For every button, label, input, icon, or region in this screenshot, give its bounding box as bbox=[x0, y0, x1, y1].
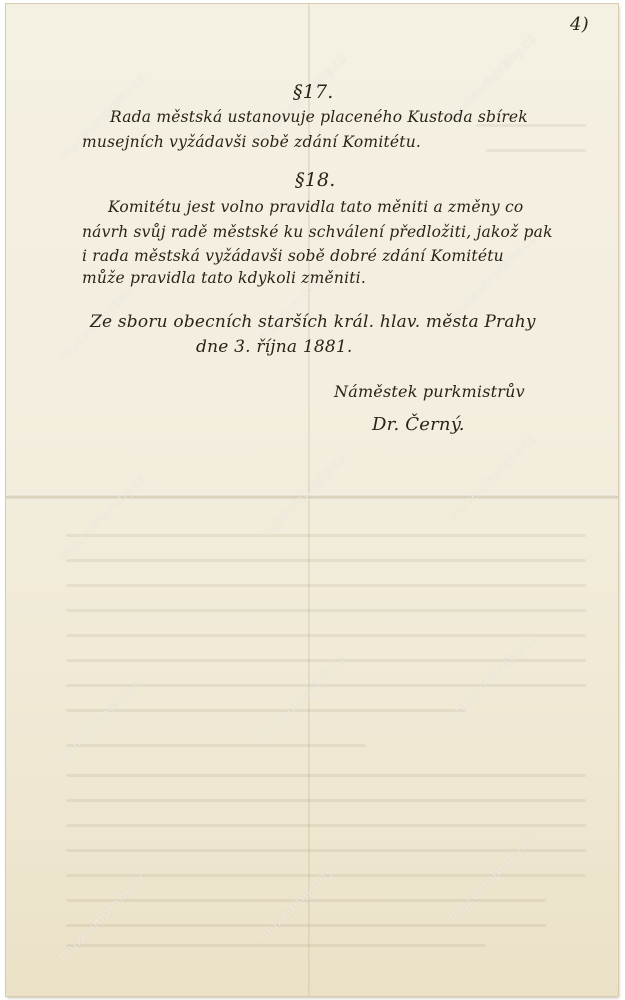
closing-line-date: dne 3. října 1881. bbox=[196, 337, 353, 357]
text-line: může pravidla tato kdykoli změniti. bbox=[82, 269, 366, 287]
closing-line-place: Ze sboru obecních starších král. hlav. m… bbox=[90, 312, 536, 332]
watermark: muzeumprahy.cz bbox=[446, 831, 540, 925]
watermark: muzeumprahy.cz bbox=[446, 231, 540, 325]
watermark: muzeumprahy.cz bbox=[446, 631, 540, 725]
section-heading: §17. bbox=[293, 81, 334, 103]
section-heading: §18. bbox=[295, 169, 336, 191]
watermark: muzeumprahy.cz bbox=[256, 851, 350, 945]
signatory-title: Náměstek purkmistrův bbox=[334, 382, 525, 401]
text-line: Rada městská ustanovuje placeného Kustod… bbox=[110, 108, 528, 126]
watermark: muzeumprahy.cz bbox=[56, 871, 150, 965]
watermark: muzeumprahy.cz bbox=[446, 431, 540, 525]
watermark: muzeumprahy.cz bbox=[256, 651, 350, 745]
text-line: návrh svůj radě městské ku schválení pře… bbox=[82, 223, 553, 241]
document-page: muzeumprahy.cz muzeumprahy.cz muzeumprah… bbox=[6, 4, 618, 996]
text-line: musejních vyžádavši sobě zdání Komitétu. bbox=[82, 133, 421, 151]
text-line: Komitétu jest volno pravidla tato měniti… bbox=[108, 198, 523, 216]
page-number: 4) bbox=[570, 14, 589, 35]
watermark: muzeumprahy.cz bbox=[56, 471, 150, 565]
signatory-name: Dr. Černý. bbox=[372, 414, 465, 435]
text-line: i rada městská vyžádavši sobě dobré zdán… bbox=[82, 247, 504, 265]
